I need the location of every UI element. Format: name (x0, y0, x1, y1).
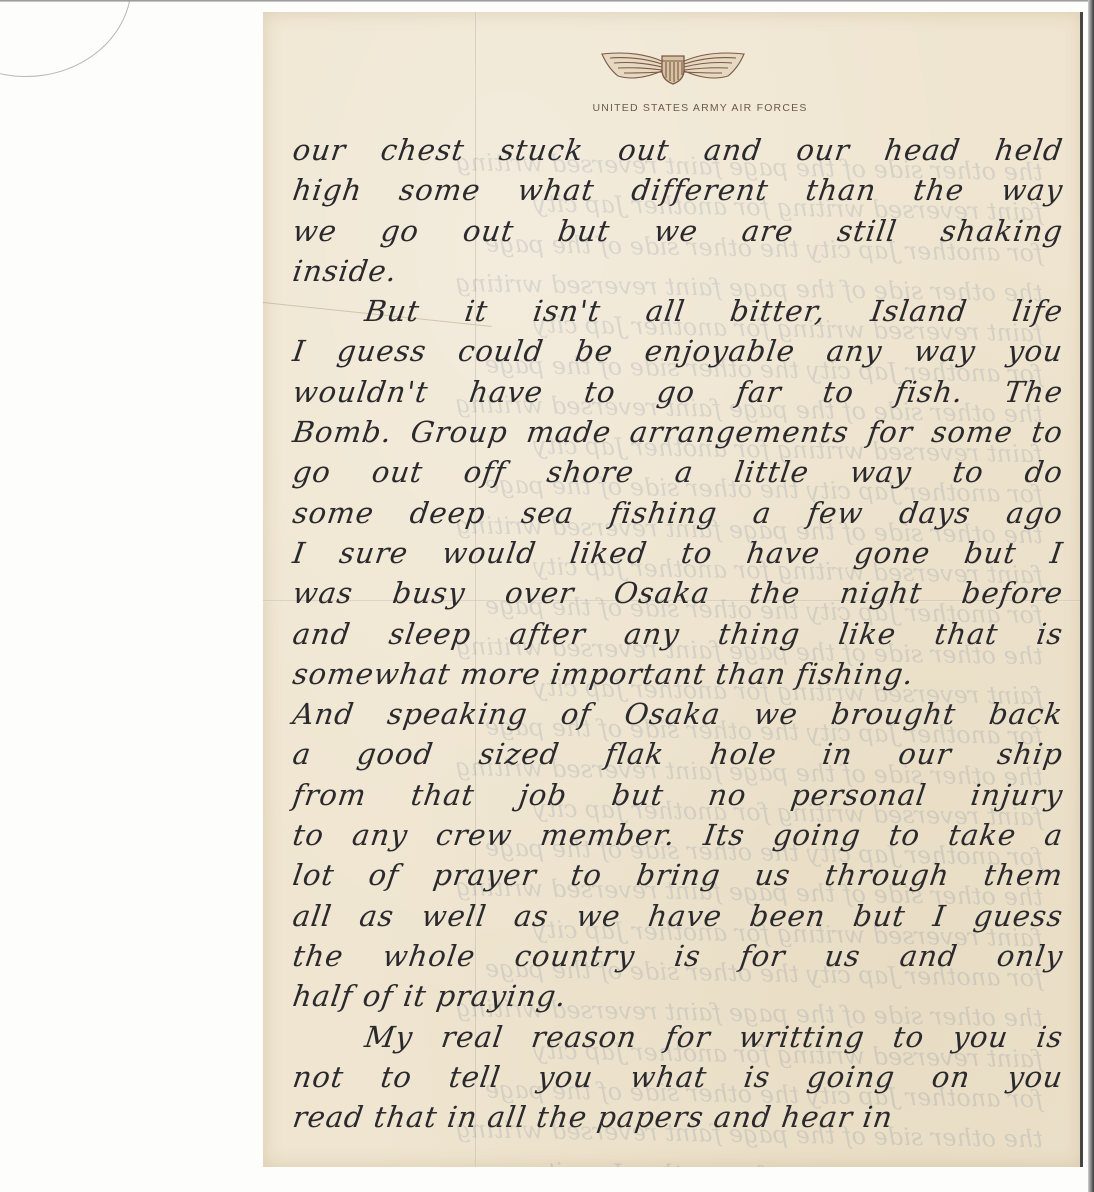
handwritten-line: go out off shore a little way to do (290, 452, 1066, 492)
handwritten-line: half of it praying. (290, 976, 1066, 1016)
handwritten-line: My real reason for writting to you is (290, 1017, 1066, 1057)
handwritten-line: a good sized flak hole in our ship (290, 734, 1066, 774)
letter-body: our chest stuck out and our head heldhig… (293, 130, 1063, 1137)
pilot-wings-shield-emblem-icon (598, 48, 748, 88)
handwritten-line: wouldn't have to go far to fish. The (290, 372, 1066, 412)
handwritten-line: But it isn't all bitter, Island life (290, 291, 1066, 331)
handwritten-line: somewhat more important than fishing. (290, 654, 1066, 694)
handwritten-line: we go out but we are still shaking (290, 211, 1066, 251)
handwritten-line: to any crew member. Its going to take a (290, 815, 1066, 855)
handwritten-line: from that job but no personal injury (290, 775, 1066, 815)
bleed-through-line: faint reversed writing for another Jap c… (323, 1153, 1043, 1167)
handwritten-line: and sleep after any thing like that is (290, 614, 1066, 654)
letter-page: the other side of the page faint reverse… (263, 12, 1083, 1167)
handwritten-line: Bomb. Group made arrangements for some t… (290, 412, 1066, 452)
handwritten-line: all as well as we have been but I guess (290, 896, 1066, 936)
handwritten-line: lot of prayer to bring us through them (290, 855, 1066, 895)
handwritten-line: some deep sea fishing a few days ago (290, 493, 1066, 533)
organization-name: UNITED STATES ARMY AIR FORCES (317, 102, 1083, 114)
scan-top-edge (0, 0, 1094, 2)
handwritten-line: And speaking of Osaka we brought back (290, 694, 1066, 734)
handwritten-line: high some what different than the way (290, 170, 1066, 210)
handwritten-line: our chest stuck out and our head held (290, 130, 1066, 170)
scanner-artifact-circle (0, 0, 132, 77)
handwritten-line: I sure would liked to have gone but I (290, 533, 1066, 573)
letterhead: UNITED STATES ARMY AIR FORCES (263, 48, 1083, 114)
handwritten-line: was busy over Osaka the night before (290, 573, 1066, 613)
handwritten-line: not to tell you what is going on you (290, 1057, 1066, 1097)
scan-right-edge (1088, 0, 1094, 1192)
handwritten-line: read that in all the papers and hear in (290, 1097, 1066, 1137)
handwritten-line: the whole country is for us and only (290, 936, 1066, 976)
handwritten-line: I guess could be enjoyable any way you (290, 331, 1066, 371)
handwritten-line: inside. (290, 251, 1066, 291)
